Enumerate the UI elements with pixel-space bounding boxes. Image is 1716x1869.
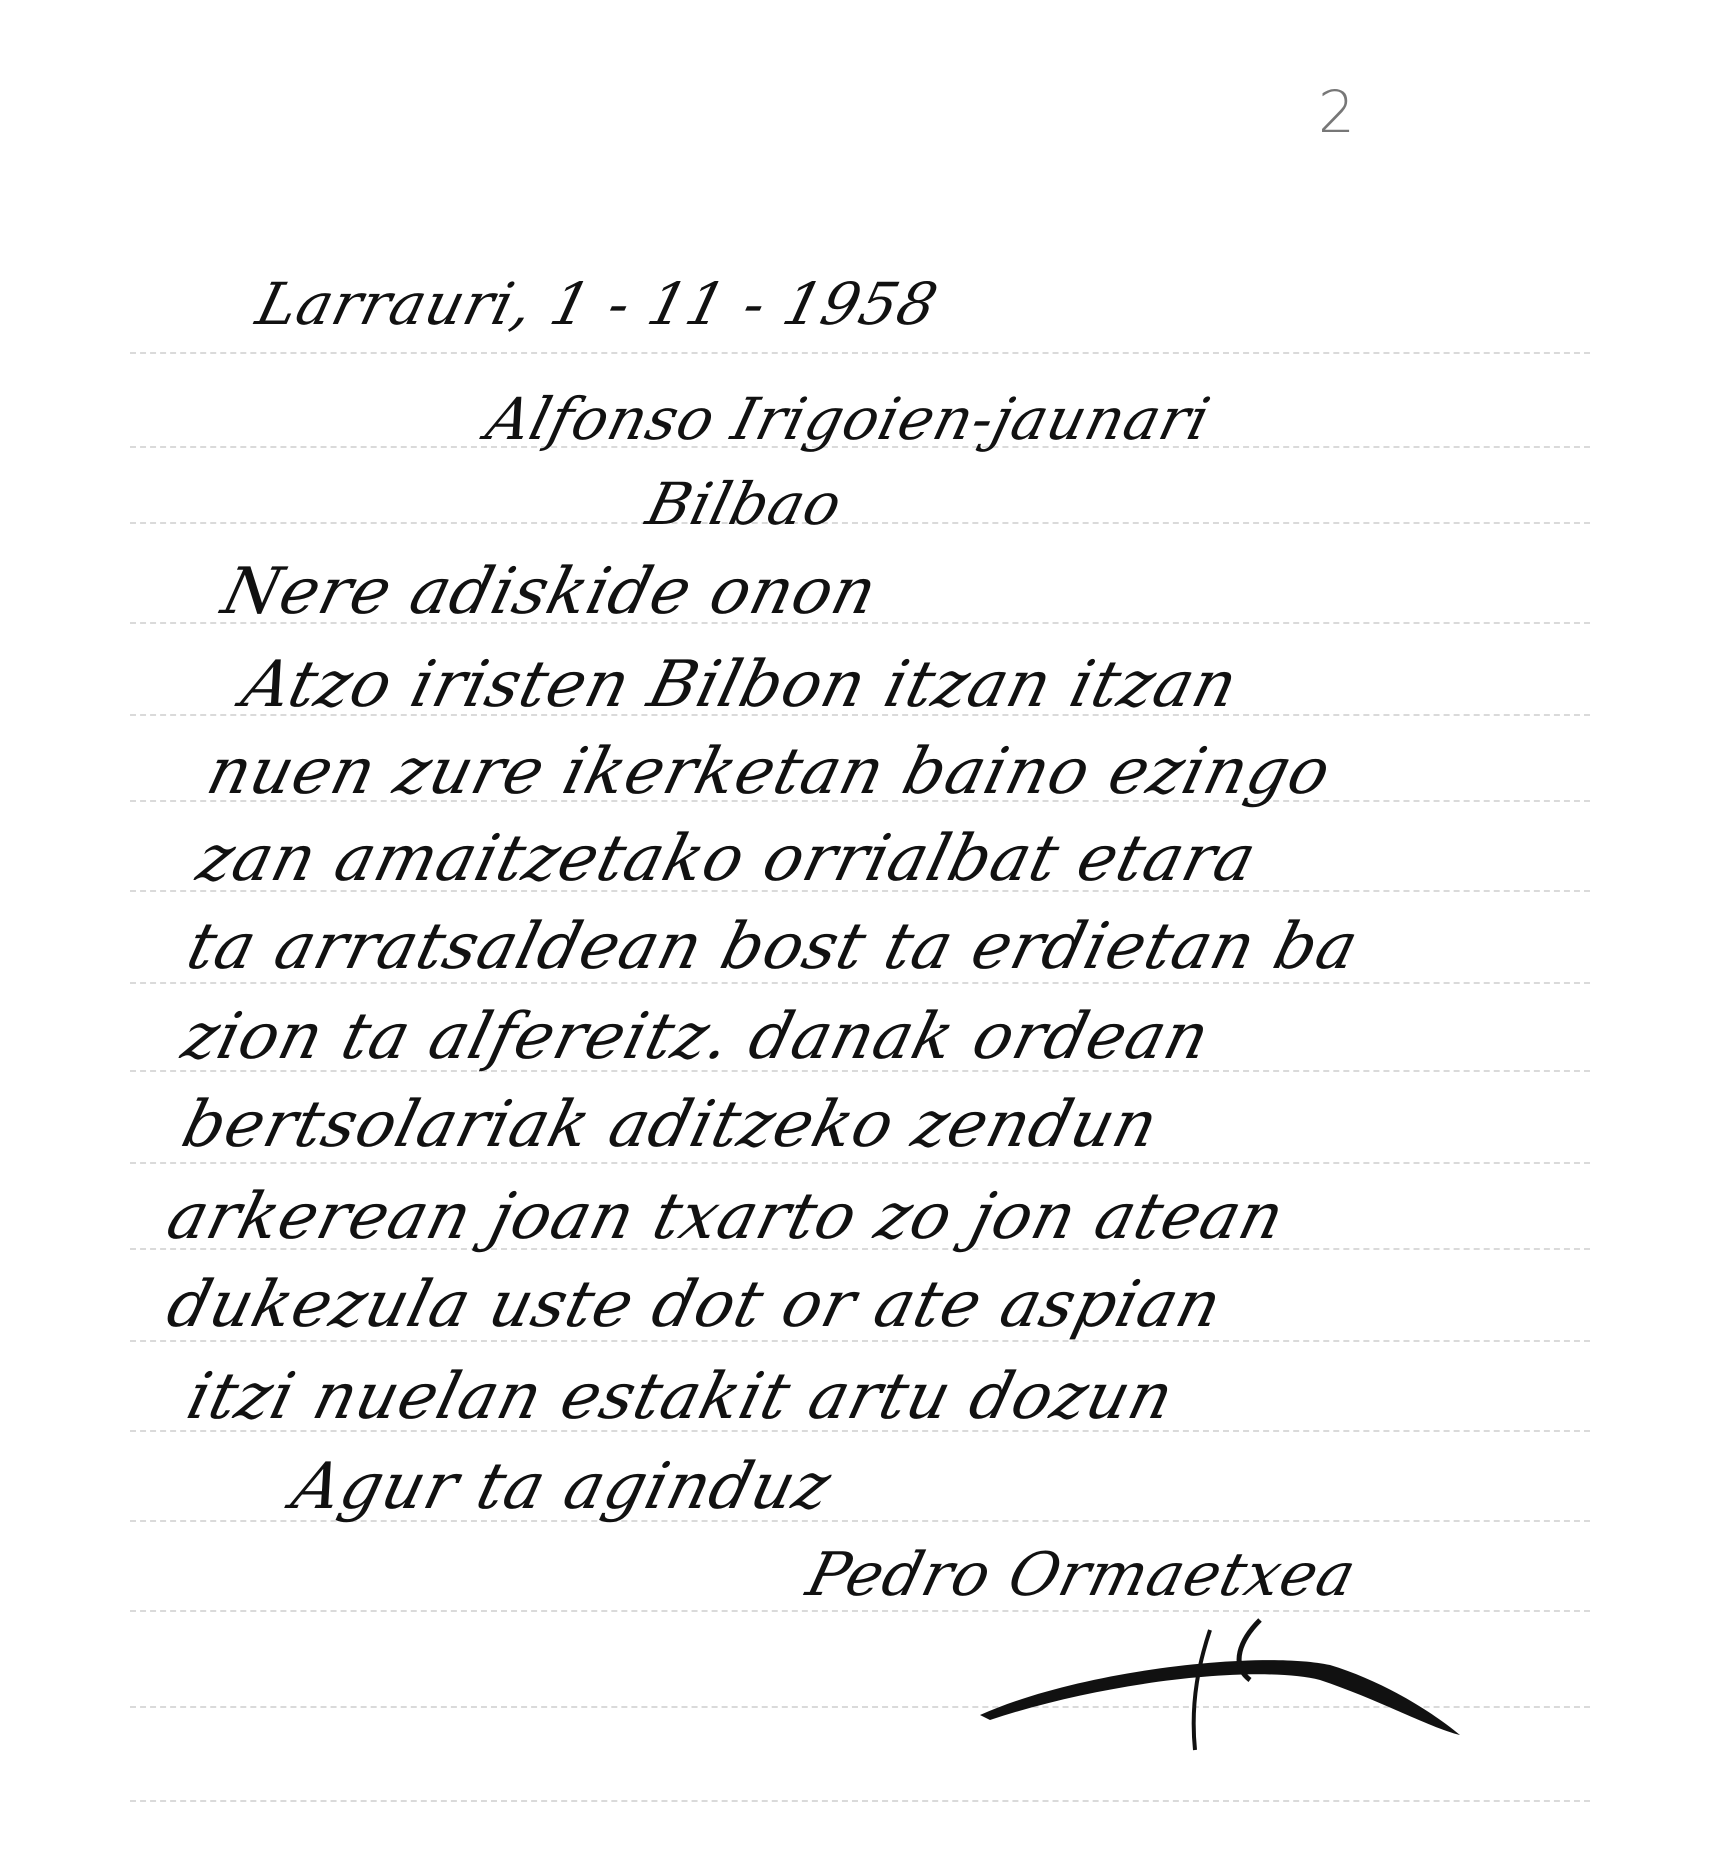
recipient-city: Bilbao bbox=[640, 470, 849, 538]
body-line: nuen zure ikerketan baino ezingo bbox=[200, 735, 1338, 809]
closing: Agur ta aginduz bbox=[285, 1450, 839, 1524]
signature-flourish-icon bbox=[960, 1610, 1520, 1760]
ruled-line bbox=[130, 352, 1590, 354]
letter-page: 2 Larrauri, 1 - 11 - 1958 Alfonso Irigoi… bbox=[0, 0, 1716, 1869]
ruled-line bbox=[130, 1800, 1590, 1802]
place-date: Larrauri, 1 - 11 - 1958 bbox=[250, 270, 945, 338]
body-line: Atzo iristen Bilbon itzan itzan bbox=[235, 648, 1245, 722]
body-line: dukezula uste dot or ate aspian bbox=[160, 1268, 1229, 1342]
body-line: arkerean joan txarto zo jon atean bbox=[160, 1180, 1292, 1254]
page-number: 2 bbox=[1318, 78, 1355, 146]
salutation: Nere adiskide onon bbox=[215, 555, 885, 629]
ruled-line bbox=[130, 522, 1590, 524]
recipient: Alfonso Irigoien-jaunari bbox=[480, 385, 1217, 453]
body-line: itzi nuelan estakit artu dozun bbox=[180, 1360, 1181, 1434]
body-line: bertsolariak aditzeko zendun bbox=[175, 1088, 1166, 1162]
ruled-line bbox=[130, 1162, 1590, 1164]
signature: Pedro Ormaetxea bbox=[800, 1540, 1363, 1610]
body-line: ta arratsaldean bost ta erdietan ba bbox=[180, 910, 1366, 984]
body-line: zan amaitzetako orrialbat etara bbox=[190, 822, 1264, 896]
body-line: zion ta alfereitz. danak ordean bbox=[175, 1000, 1217, 1074]
